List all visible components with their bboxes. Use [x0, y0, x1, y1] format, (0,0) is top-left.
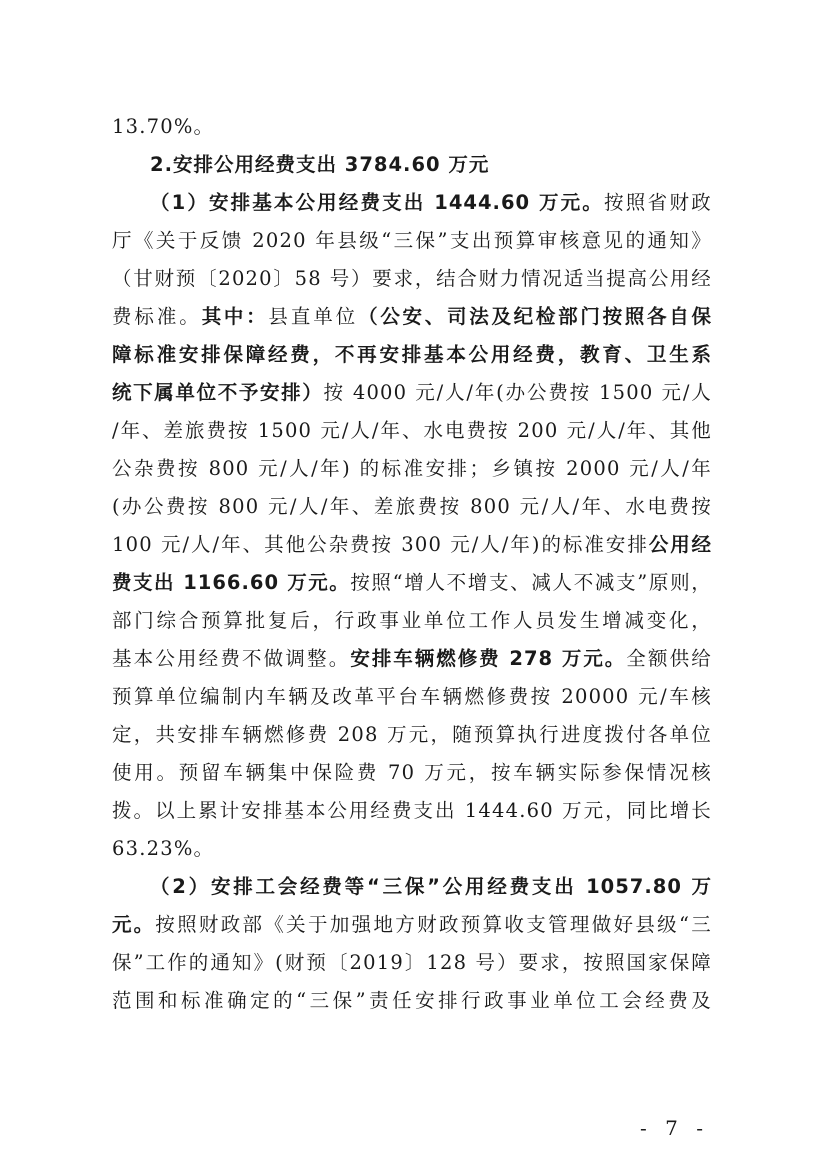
text-line: 公杂费按 800 元/人/年) 的标准安排；乡镇按 2000 元/人/年: [112, 454, 712, 484]
bold-text: 安排车辆燃修费 278 万元。: [350, 647, 626, 670]
body-text: 63.23%。: [112, 837, 214, 860]
text-line: 13.70%。: [112, 112, 712, 142]
body-text: 公杂费按 800 元/人/年) 的标准安排；乡镇按 2000 元/人/年: [112, 457, 712, 480]
bold-text: 障标准安排保障经费，不再安排基本公用经费，教育、卫生系: [112, 343, 712, 366]
body-text: 基本公用经费不做调整。: [112, 647, 350, 670]
body-text: 定，共安排车辆燃修费 208 万元，随预算执行进度拨付各单位: [112, 723, 712, 746]
bold-text: （1）安排基本公用经费支出 1444.60 万元。: [150, 191, 604, 214]
body-text: 按 4000 元/人/年(办公费按 1500 元/人: [323, 381, 712, 404]
body-text: 按照“增人不增支、减人不减支”原则，: [350, 571, 712, 594]
body-text: 预算单位编制内车辆及改革平台车辆燃修费按 20000 元/车核: [112, 685, 712, 708]
body-text: 部门综合预算批复后，行政事业单位工作人员发生增减变化，: [112, 609, 712, 632]
page-number: - 7 -: [640, 1116, 709, 1140]
body-text: 县直单位: [268, 305, 358, 328]
body-text: 使用。预留车辆集中保险费 70 万元，按车辆实际参保情况核: [112, 761, 712, 784]
text-line: （1）安排基本公用经费支出 1444.60 万元。按照省财政: [150, 188, 712, 218]
text-line: /年、差旅费按 1500 元/人/年、水电费按 200 元/人/年、其他: [112, 416, 712, 446]
text-line: 使用。预留车辆集中保险费 70 万元，按车辆实际参保情况核: [112, 758, 712, 788]
text-line: 障标准安排保障经费，不再安排基本公用经费，教育、卫生系: [112, 340, 712, 370]
text-line: （2）安排工会经费等“三保”公用经费支出 1057.80 万: [150, 872, 712, 902]
text-line: 63.23%。: [112, 834, 712, 864]
text-line: 100 元/人/年、其他公杂费按 300 元/人/年)的标准安排公用经: [112, 530, 712, 560]
bold-text: 费支出 1166.60 万元。: [112, 571, 350, 594]
bold-text: 元。: [112, 913, 155, 936]
body-text: 全额供给: [626, 647, 712, 670]
body-text: 按照财政部《关于加强地方财政预算收支管理做好县级“三: [155, 913, 712, 936]
body-text: 范围和标准确定的“三保”责任安排行政事业单位工会经费及: [112, 989, 712, 1012]
text-line: 定，共安排车辆燃修费 208 万元，随预算执行进度拨付各单位: [112, 720, 712, 750]
text-line: 范围和标准确定的“三保”责任安排行政事业单位工会经费及: [112, 986, 712, 1016]
body-text: (办公费按 800 元/人/年、差旅费按 800 元/人/年、水电费按: [112, 495, 712, 518]
body-text: （甘财预〔2020〕58 号）要求，结合财力情况适当提高公用经: [112, 267, 712, 290]
bold-text: 2.安排公用经费支出 3784.60 万元: [150, 153, 489, 176]
bold-text: （2）安排工会经费等“三保”公用经费支出 1057.80 万: [150, 875, 712, 898]
text-line: 统下属单位不予安排）按 4000 元/人/年(办公费按 1500 元/人: [112, 378, 712, 408]
text-line: 保”工作的通知》(财预〔2019〕128 号）要求，按照国家保障: [112, 948, 712, 978]
body-text: /年、差旅费按 1500 元/人/年、水电费按 200 元/人/年、其他: [112, 419, 712, 442]
body-text: 100 元/人/年、其他公杂费按 300 元/人/年)的标准安排: [112, 533, 649, 556]
text-line: 元。按照财政部《关于加强地方财政预算收支管理做好县级“三: [112, 910, 712, 940]
text-line: 基本公用经费不做调整。安排车辆燃修费 278 万元。全额供给: [112, 644, 712, 674]
document-page: 13.70%。2.安排公用经费支出 3784.60 万元（1）安排基本公用经费支…: [0, 0, 827, 1169]
body-text: 保”工作的通知》(财预〔2019〕128 号）要求，按照国家保障: [112, 951, 712, 974]
body-text: 按照省财政: [604, 191, 712, 214]
body-text: 拨。以上累计安排基本公用经费支出 1444.60 万元，同比增长: [112, 799, 712, 822]
text-line: 拨。以上累计安排基本公用经费支出 1444.60 万元，同比增长: [112, 796, 712, 826]
text-line: (办公费按 800 元/人/年、差旅费按 800 元/人/年、水电费按: [112, 492, 712, 522]
bold-text: 统下属单位不予安排）: [112, 381, 323, 404]
body-text: 费标准。: [112, 305, 202, 328]
text-line: 2.安排公用经费支出 3784.60 万元: [150, 150, 712, 180]
text-line: 费标准。其中：县直单位（公安、司法及纪检部门按照各自保: [112, 302, 712, 332]
bold-text: 公用经: [649, 533, 712, 556]
text-line: 费支出 1166.60 万元。按照“增人不增支、减人不减支”原则，: [112, 568, 712, 598]
text-line: 部门综合预算批复后，行政事业单位工作人员发生增减变化，: [112, 606, 712, 636]
body-text: 厅《关于反馈 2020 年县级“三保”支出预算审核意见的通知》: [112, 229, 712, 252]
bold-text: 其中：: [202, 305, 269, 328]
text-line: （甘财预〔2020〕58 号）要求，结合财力情况适当提高公用经: [112, 264, 712, 294]
body-text: 13.70%。: [112, 115, 214, 138]
text-line: 厅《关于反馈 2020 年县级“三保”支出预算审核意见的通知》: [112, 226, 712, 256]
bold-text: （公安、司法及纪检部门按照各自保: [358, 305, 712, 328]
text-line: 预算单位编制内车辆及改革平台车辆燃修费按 20000 元/车核: [112, 682, 712, 712]
